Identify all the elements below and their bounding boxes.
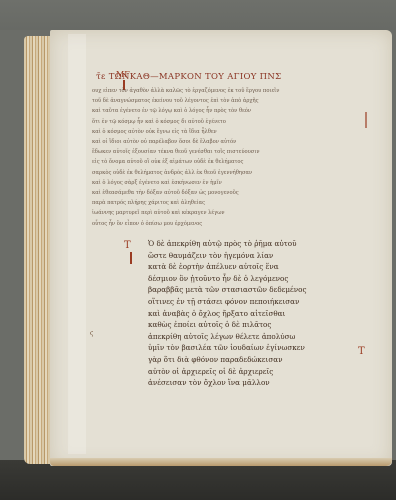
text-line: καὶ ταῦτα ἐγένετο ἐν τῷ λόγῳ καὶ ὁ λόγος… xyxy=(92,106,362,116)
text-line: καὶ ἐθεασάμεθα τὴν δόξαν αὐτοῦ δόξαν ὡς … xyxy=(92,188,362,198)
text-line: ἀνέσεισαν τὸν ὄχλον ἵνα μᾶλλον xyxy=(148,377,360,389)
text-line: σαρκὸς οὐδὲ ἐκ θελήματος ἀνδρὸς ἀλλ ἐκ θ… xyxy=(92,168,362,178)
text-line: ἰωάννης μαρτυρεῖ περὶ αὐτοῦ καὶ κέκραγεν… xyxy=(92,208,362,218)
text-line: αὐτὸν οἱ ἀρχιερεῖς οἱ δὲ ἀρχιερεῖς xyxy=(148,366,360,378)
text-line: βαραββᾶς μετὰ τῶν στασιαστῶν δεδεμένος xyxy=(148,284,360,296)
text-line: δέσμιον ὃν ᾐτοῦντο ἦν δὲ ὁ λεγόμενος xyxy=(148,273,360,285)
text-line: οἵτινες ἐν τῇ στάσει φόνον πεποιήκεισαν xyxy=(148,296,360,308)
right-margin-bracket xyxy=(365,112,367,128)
text-line: καὶ ὁ λόγος σὰρξ ἐγένετο καὶ ἐσκήνωσεν ἐ… xyxy=(92,178,362,188)
text-line: κατὰ δὲ ἑορτὴν ἀπέλυεν αὐτοῖς ἕνα xyxy=(148,261,360,273)
main-text: Ὁ δὲ ἀπεκρίθη αὐτῷ πρὸς τὸ ῥῆμα αὐτοῦ ὥσ… xyxy=(148,238,360,390)
text-line: ὥστε θαυμάζειν τὸν ἡγεμόνα λίαν xyxy=(148,250,360,262)
text-line: ἔδωκεν αὐτοῖς ἐξουσίαν τέκνα θεοῦ γενέσθ… xyxy=(92,147,362,157)
text-line: ἀπεκρίθη αὐτοῖς λέγων θέλετε ἀπολύσω xyxy=(148,331,360,343)
text-line: ὑμῖν τὸν βασιλέα τῶν ἰουδαίων ἐγίνωσκεν xyxy=(148,342,360,354)
background-top xyxy=(0,0,396,30)
upper-commentary-text: ουχ εἰπεν τὸν ἀγαθὸν ἀλλὰ καλῶς τὸ ἐργαζ… xyxy=(92,86,362,234)
text-line: τοῦ δὲ ἀναγνώσματος ἐκείνου τοῦ λέγοντος… xyxy=(92,96,362,106)
text-line: καὶ οἱ ἴδιοι αὐτὸν οὐ παρέλαβον ὅσοι δὲ … xyxy=(92,137,362,147)
text-line: Ὁ δὲ ἀπεκρίθη αὐτῷ πρὸς τὸ ῥῆμα αὐτοῦ xyxy=(148,238,360,250)
rubric-marker-main xyxy=(130,252,132,264)
section-heading: τ̄ε ΤΩΝΚΑΘ—ΜΑΡΚΟΝ ΤΟΥ ΑΓΙΟΥ ΠΝΣ xyxy=(96,72,281,82)
text-line: ὅτι ἐν τῷ κόσμῳ ἦν καὶ ὁ κόσμος δι αὐτοῦ… xyxy=(92,117,362,127)
text-line: εἰς τὸ ὄνομα αὐτοῦ οἳ οὐκ ἐξ αἱμάτων οὐδ… xyxy=(92,157,362,167)
page-bottom-edge xyxy=(50,458,392,466)
marginal-rubric-main: Τ xyxy=(124,240,131,251)
text-line: οὗτος ἦν ὃν εἶπον ὁ ὀπίσω μου ἐρχόμενος xyxy=(92,219,362,229)
text-line: καὶ ὁ κόσμος αὐτὸν οὐκ ἔγνω εἰς τὰ ἴδια … xyxy=(92,127,362,137)
text-line: καὶ ἀναβὰς ὁ ὄχλος ἤρξατο αἰτεῖσθαι xyxy=(148,308,360,320)
text-line: γὰρ ὅτι διὰ φθόνον παραδεδώκεισαν xyxy=(148,354,360,366)
text-line: καθὼς ἐποίει αὐτοῖς ὁ δὲ πιλᾶτος xyxy=(148,319,360,331)
background-shadow xyxy=(0,460,396,500)
left-margin-mark: ϛ xyxy=(90,330,93,337)
page-fold-shade xyxy=(68,34,86,454)
text-line: παρὰ πατρός πλήρης χάριτος καὶ ἀληθείας xyxy=(92,198,362,208)
text-line: ουχ εἰπεν τὸν ἀγαθὸν ἀλλὰ καλῶς τὸ ἐργαζ… xyxy=(92,86,362,96)
right-margin-mark: Τ xyxy=(358,346,365,357)
